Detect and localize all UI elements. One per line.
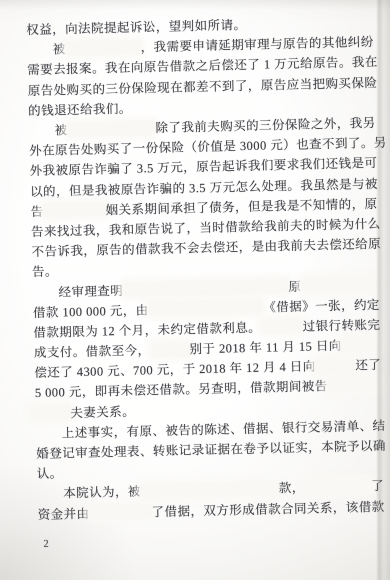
redaction-block — [67, 120, 155, 137]
redaction-block — [30, 404, 70, 420]
redaction-block — [66, 39, 141, 56]
text-segment: 借款 100 000 元，由 — [33, 300, 149, 321]
text-segment: 过银行转账完 — [302, 315, 380, 335]
text-segment: 原 — [288, 276, 301, 294]
text-segment: 《借据》一张，约定 — [263, 295, 380, 316]
text-segment: 告 — [30, 202, 43, 220]
text-segment: 夫妻关系。 — [70, 401, 135, 421]
text-segment: 认。 — [37, 464, 63, 483]
text-segment: 告。 — [32, 262, 58, 281]
text-segment: 本院认为，被 — [63, 482, 141, 502]
text-segment: 别于 2018 年 11 月 15 日向 — [189, 336, 342, 358]
text-segment: 成支付。借款至今， — [34, 340, 151, 361]
document-page: 权益，向法院提起诉讼，望判如所请。被，我需要申请延期审理与原告的其他纠纷需要去报… — [26, 11, 385, 550]
redaction-block — [141, 480, 279, 498]
text-segment: 款， — [279, 478, 305, 497]
redaction-block — [316, 357, 356, 373]
redaction-block — [123, 278, 289, 297]
document-body: 权益，向法院提起诉讼，望判如所请。被，我需要申请延期审理与原告的其他纠纷需要去报… — [26, 11, 385, 524]
photo-top-shade — [0, 0, 390, 10]
redaction-block — [89, 503, 151, 519]
text-segment: 的钱退还给我们。 — [28, 99, 132, 119]
text-segment: 被 — [53, 40, 66, 58]
redaction-block — [148, 299, 263, 317]
redaction-block — [328, 377, 382, 393]
redaction-block — [301, 276, 379, 293]
text-segment: 经审理查明 — [58, 280, 123, 300]
redaction-block — [261, 318, 303, 334]
paper-right-edge — [376, 0, 390, 580]
page-number: 2 — [38, 531, 385, 550]
document-photo: 权益，向法院提起诉讼，望判如所请。被，我需要申请延期审理与原告的其他纠纷需要去报… — [0, 0, 390, 580]
text-segment: 资金并由 — [37, 503, 89, 522]
text-segment: 被 — [54, 120, 67, 138]
redaction-block — [150, 341, 189, 357]
text-segment: 了借据，双方形成借款合同关系，该借款 — [151, 496, 384, 519]
redaction-block — [43, 202, 105, 218]
redaction-block — [305, 478, 372, 495]
